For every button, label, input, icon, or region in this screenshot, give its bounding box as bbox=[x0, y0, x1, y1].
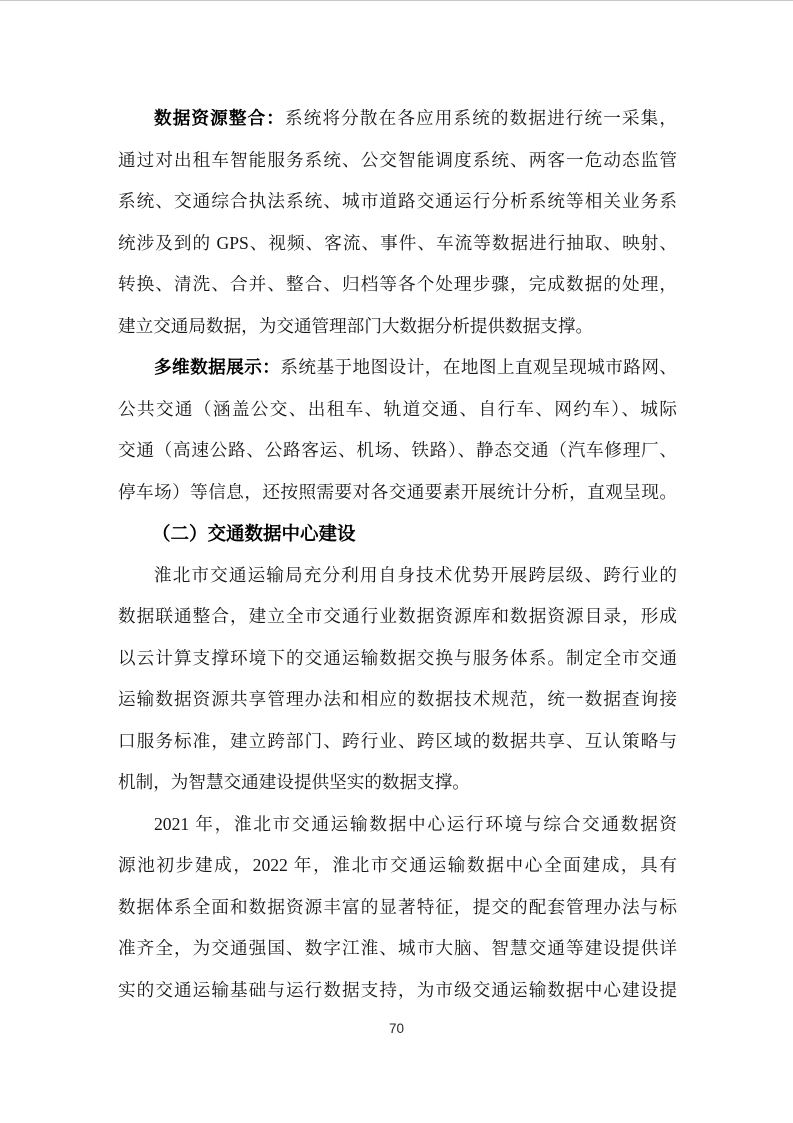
paragraph-construction-timeline: 2021 年，淮北市交通运输数据中心运行环境与综合交通数据资 源池初步建成，20… bbox=[118, 804, 677, 1012]
text-line: 口服务标准，建立跨部门、跨行业、跨区域的数据共享、互认策略与 bbox=[118, 721, 677, 763]
text-line: 通过对出租车智能服务系统、公交智能调度系统、两客一危动态监管 bbox=[118, 140, 677, 182]
text-line: 准齐全，为交通强国、数字江淮、城市大脑、智慧交通等建设提供详 bbox=[118, 928, 677, 970]
paragraph-lead-bold: 多维数据展示： bbox=[154, 357, 280, 377]
text-line: 转换、清洗、合并、整合、归档等各个处理步骤，完成数据的处理， bbox=[118, 264, 677, 306]
paragraph-lead-bold: 数据资源整合： bbox=[154, 108, 285, 128]
page-number: 70 bbox=[0, 1021, 793, 1036]
text-line: 2021 年，淮北市交通运输数据中心运行环境与综合交通数据资 bbox=[118, 804, 677, 846]
text-line: 公共交通（涵盖公交、出租车、轨道交通、自行车、网约车）、城际 bbox=[118, 389, 677, 431]
text-line: 建立交通局数据，为交通管理部门大数据分析提供数据支撑。 bbox=[118, 306, 677, 348]
text-line: 交通（高速公路、公路客运、机场、铁路）、静态交通（汽车修理厂、 bbox=[118, 430, 677, 472]
paragraph-multidimensional-display: 多维数据展示：系统基于地图设计，在地图上直观呈现城市路网、 公共交通（涵盖公交、… bbox=[118, 347, 677, 513]
document-content: 数据资源整合：系统将分散在各应用系统的数据进行统一采集， 通过对出租车智能服务系… bbox=[118, 98, 677, 1011]
text-line: 统涉及到的 GPS、视频、客流、事件、车流等数据进行抽取、映射、 bbox=[118, 223, 677, 265]
text-line: 源池初步建成，2022 年，淮北市交通运输数据中心全面建成，具有 bbox=[118, 845, 677, 887]
text-line: 数据体系全面和数据资源丰富的显著特征，提交的配套管理办法与标 bbox=[118, 887, 677, 929]
section-heading-traffic-data-center: （二）交通数据中心建设 bbox=[118, 513, 677, 555]
text-line: 实的交通运输基础与运行数据支持，为市级交通运输数据中心建设提 bbox=[118, 970, 677, 1012]
text-line: 数据资源整合：系统将分散在各应用系统的数据进行统一采集， bbox=[118, 98, 677, 140]
text-line: 运输数据资源共享管理办法和相应的数据技术规范，统一数据查询接 bbox=[118, 679, 677, 721]
text-line: 淮北市交通运输局充分利用自身技术优势开展跨层级、跨行业的 bbox=[118, 555, 677, 597]
document-page: 数据资源整合：系统将分散在各应用系统的数据进行统一采集， 通过对出租车智能服务系… bbox=[0, 0, 793, 1123]
text-line: 多维数据展示：系统基于地图设计，在地图上直观呈现城市路网、 bbox=[118, 347, 677, 389]
text-run: 系统将分散在各应用系统的数据进行统一采集， bbox=[285, 108, 677, 128]
text-line: 停车场）等信息，还按照需要对各交通要素开展统计分析，直观呈现。 bbox=[118, 472, 677, 514]
text-line: 系统、交通综合执法系统、城市道路交通运行分析系统等相关业务系 bbox=[118, 181, 677, 223]
paragraph-data-resource-integration: 数据资源整合：系统将分散在各应用系统的数据进行统一采集， 通过对出租车智能服务系… bbox=[118, 98, 677, 347]
text-line: 数据联通整合，建立全市交通行业数据资源库和数据资源目录，形成 bbox=[118, 596, 677, 638]
text-run: 系统基于地图设计，在地图上直观呈现城市路网、 bbox=[280, 357, 677, 377]
paragraph-data-center-overview: 淮北市交通运输局充分利用自身技术优势开展跨层级、跨行业的 数据联通整合，建立全市… bbox=[118, 555, 677, 804]
text-line: 机制，为智慧交通建设提供坚实的数据支撑。 bbox=[118, 762, 677, 804]
text-line: 以云计算支撑环境下的交通运输数据交换与服务体系。制定全市交通 bbox=[118, 638, 677, 680]
